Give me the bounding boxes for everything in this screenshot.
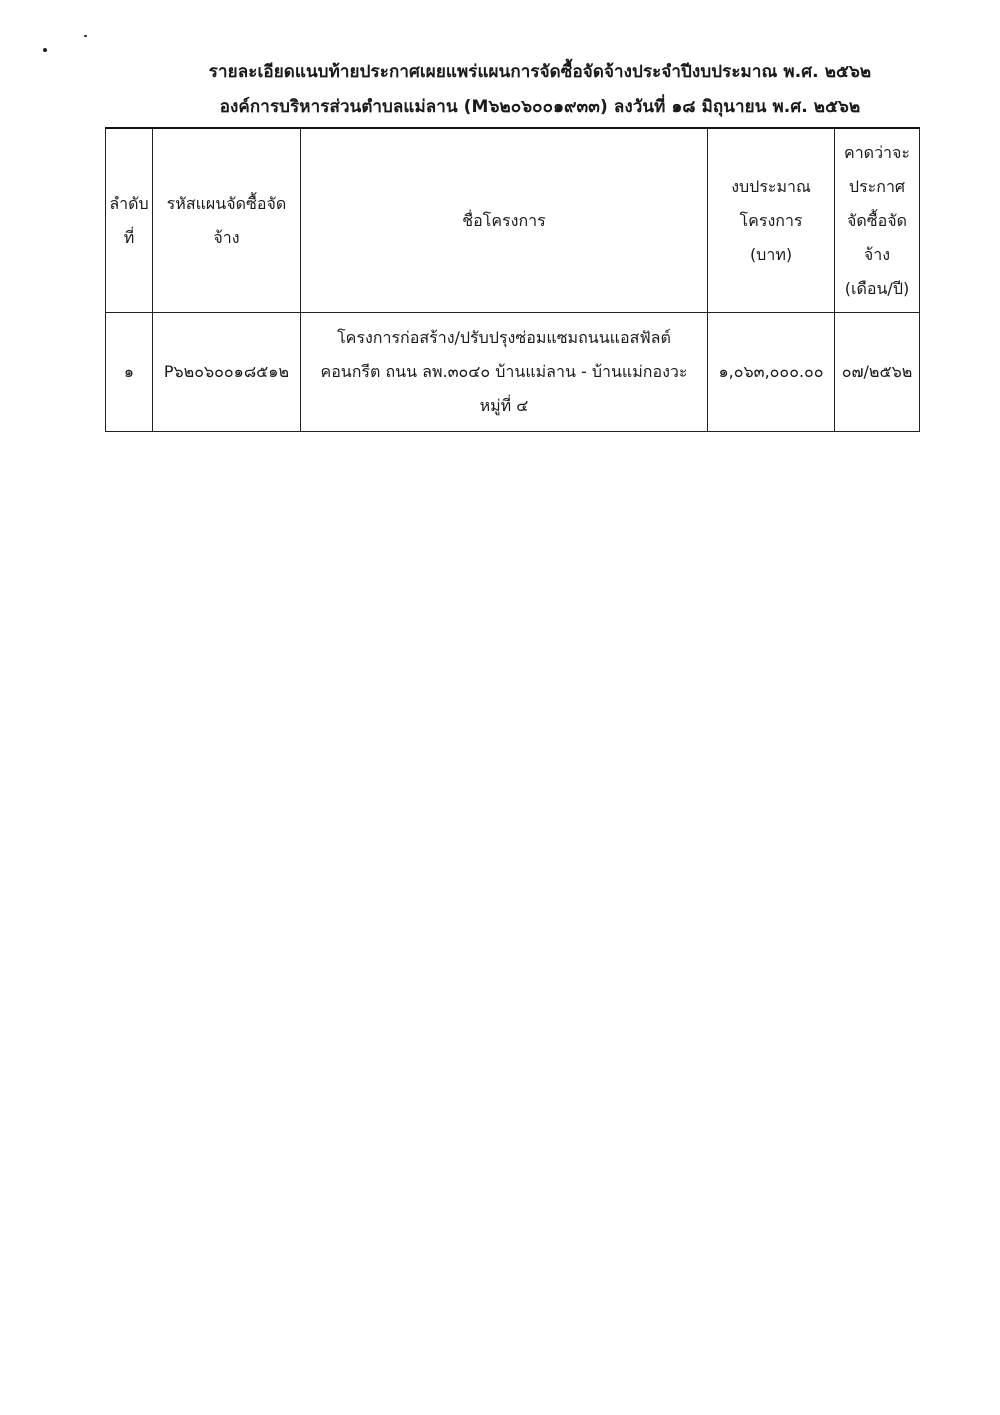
cell-plan-code: P๖๒๐๖๐๐๑๘๕๑๒	[152, 313, 300, 432]
header-budget: งบประมาณ โครงการ (บาท)	[708, 128, 835, 313]
cell-announce-date: ๐๗/๒๕๖๒	[835, 313, 920, 432]
header-announce-date: คาดว่าจะ ประกาศ จัดซื้อจัด จ้าง (เดือน/ป…	[835, 128, 920, 313]
header-plan-code: รหัสแผนจัดซื้อจัด จ้าง	[152, 128, 300, 313]
scan-speck	[43, 48, 47, 52]
document-title: รายละเอียดแนบท้ายประกาศเผยแพร่แผนการจัดซ…	[40, 58, 1000, 85]
header-project-name: ชื่อโครงการ	[300, 128, 707, 313]
cell-project-name: โครงการก่อสร้าง/ปรับปรุงซ่อมแซมถนนแอสฟัล…	[300, 313, 707, 432]
procurement-plan-table: ลำดับ ที่ รหัสแผนจัดซื้อจัด จ้าง ชื่อโคร…	[105, 127, 920, 432]
document-subtitle: องค์การบริหารส่วนตำบลแม่ลาน (M๖๒๐๖๐๐๑๙๓๓…	[40, 93, 1000, 120]
header-order: ลำดับ ที่	[106, 128, 153, 313]
table-row: ๑ P๖๒๐๖๐๐๑๘๕๑๒ โครงการก่อสร้าง/ปรับปรุงซ…	[106, 313, 920, 432]
cell-order: ๑	[106, 313, 153, 432]
scan-speck	[84, 35, 87, 37]
cell-budget: ๑,๐๖๓,๐๐๐.๐๐	[708, 313, 835, 432]
table-header-row: ลำดับ ที่ รหัสแผนจัดซื้อจัด จ้าง ชื่อโคร…	[106, 128, 920, 313]
